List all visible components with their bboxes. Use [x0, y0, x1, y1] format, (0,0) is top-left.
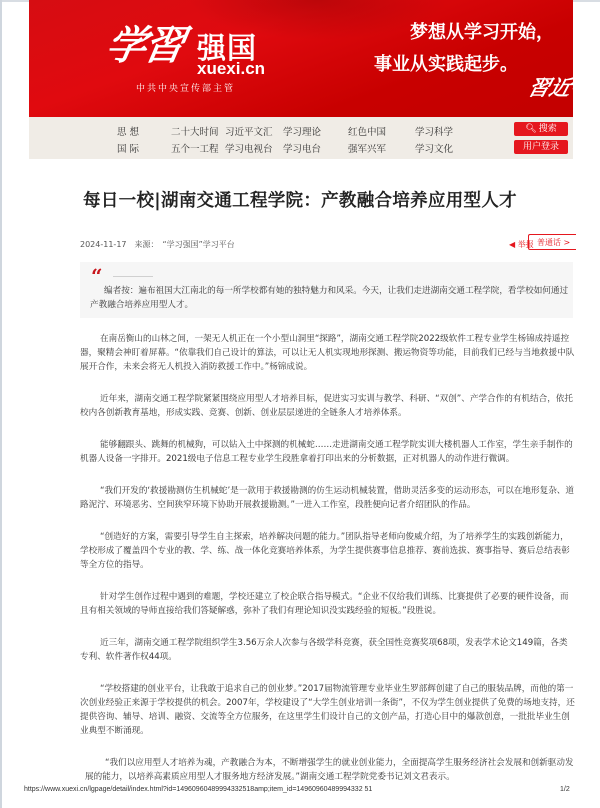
article-date: 2024-11-17	[80, 240, 127, 249]
search-button[interactable]: 🔍︎搜索	[514, 122, 568, 136]
nav-item-guoji[interactable]: 国 际	[117, 141, 139, 155]
nav-item-lilun[interactable]: 学习理论	[283, 124, 321, 138]
article-paragraph: 在南岳衡山的山林之间，一架无人机正在一个小型山洞里“探路”，湖南交通工程学院20…	[80, 332, 575, 374]
source-label: 来源：	[135, 240, 159, 249]
site-banner: 学習 强国 xuexi.cn 中共中央宣传部主管 梦想从学习开始， 事业从实践起…	[29, 0, 573, 117]
signature: 習近平	[525, 72, 573, 102]
article-source: “学习强国”学习平台	[163, 240, 235, 249]
nav-item-wenhui[interactable]: 习近平文汇	[225, 124, 273, 138]
search-label: 搜索	[539, 124, 557, 134]
article-meta: 2024-11-17来源：“学习强国”学习平台	[80, 239, 243, 250]
logo-subtitle: 中共中央宣传部主管	[136, 81, 235, 94]
nav-item-ershida[interactable]: 二十大时间	[171, 124, 219, 138]
article-paragraph: “我们以应用型人才培养为魂，产教融合为本，不断增强学生的就业创业能力，全面提高学…	[85, 756, 575, 784]
nav-item-qiangjun[interactable]: 强军兴军	[348, 141, 386, 155]
article-paragraph: 近三年，湖南交通工程学院组织学生3.56万余人次参与各级学科竞赛，获全国性竞赛奖…	[80, 636, 575, 664]
print-footer-url: https://www.xuexi.cn/lgpage/detail/index…	[24, 786, 372, 793]
search-icon: 🔍︎	[525, 124, 536, 134]
article-paragraph: “学校搭建的创业平台，让我敢于追求自己的创业梦。”2017届物流管理专业毕业生罗…	[80, 682, 575, 738]
print-footer-page: 1/2	[560, 786, 570, 793]
nav-item-wenhua[interactable]: 学习文化	[415, 141, 453, 155]
nav-item-wugeyi[interactable]: 五个一工程	[171, 141, 219, 155]
editor-note-text: 编者按：遍布祖国大江南北的每一所学校都有她的独特魅力和风采。今天，让我们走进湖南…	[90, 284, 572, 312]
quote-divider	[113, 276, 153, 277]
nav-item-kexue[interactable]: 学习科学	[415, 124, 453, 138]
article-paragraph: 近年来，湖南交通工程学院紧紧围绕应用型人才培养目标，促进实习实训与教学、科研、“…	[80, 392, 575, 420]
report-icon: ◀	[509, 240, 515, 249]
login-button[interactable]: 用户登录	[514, 140, 568, 154]
article-paragraph: “创造好的方案，需要引导学生自主探索，培养解决问题的能力。”团队指导老师向俊威介…	[80, 530, 575, 572]
page-left-border	[0, 0, 2, 808]
article-title: 每日一校|湖南交通工程学院：产教融合培养应用型人才	[0, 187, 600, 212]
logo-url[interactable]: xuexi.cn	[197, 59, 265, 79]
article-paragraph: 针对学生创作过程中遇到的难题，学校还建立了校企联合指导模式。“企业不仅给我们训练…	[80, 590, 575, 618]
article-paragraph: “我们开发的‘救援勘测仿生机械蛇’是一款用于救援勘测的仿生运动机械装置，借助灵活…	[80, 484, 575, 512]
slogan-line-2: 事业从实践起步。	[374, 50, 518, 76]
slogan-line-1: 梦想从学习开始，	[410, 18, 554, 44]
article-paragraph: 能够翻跟头、跳舞的机械狗，可以钻入土中探测的机械蛇……走进湖南交通工程学院实训大…	[80, 438, 575, 466]
nav-item-diantai[interactable]: 学习电台	[283, 141, 321, 155]
logo-calligraphy[interactable]: 学習	[102, 14, 188, 71]
nav-item-dianshitai[interactable]: 学习电视台	[225, 141, 273, 155]
nav-item-sixiang[interactable]: 思 想	[117, 124, 139, 138]
editor-note: “ 编者按：遍布祖国大江南北的每一所学校都有她的独特魅力和风采。今天，让我们走进…	[80, 262, 573, 318]
main-nav: 思 想 二十大时间 习近平文汇 学习理论 红色中国 学习科学 国 际 五个一工程…	[29, 117, 573, 159]
nav-item-hongse[interactable]: 红色中国	[348, 124, 386, 138]
mandarin-audio-button[interactable]: 普通话 >	[528, 234, 576, 250]
